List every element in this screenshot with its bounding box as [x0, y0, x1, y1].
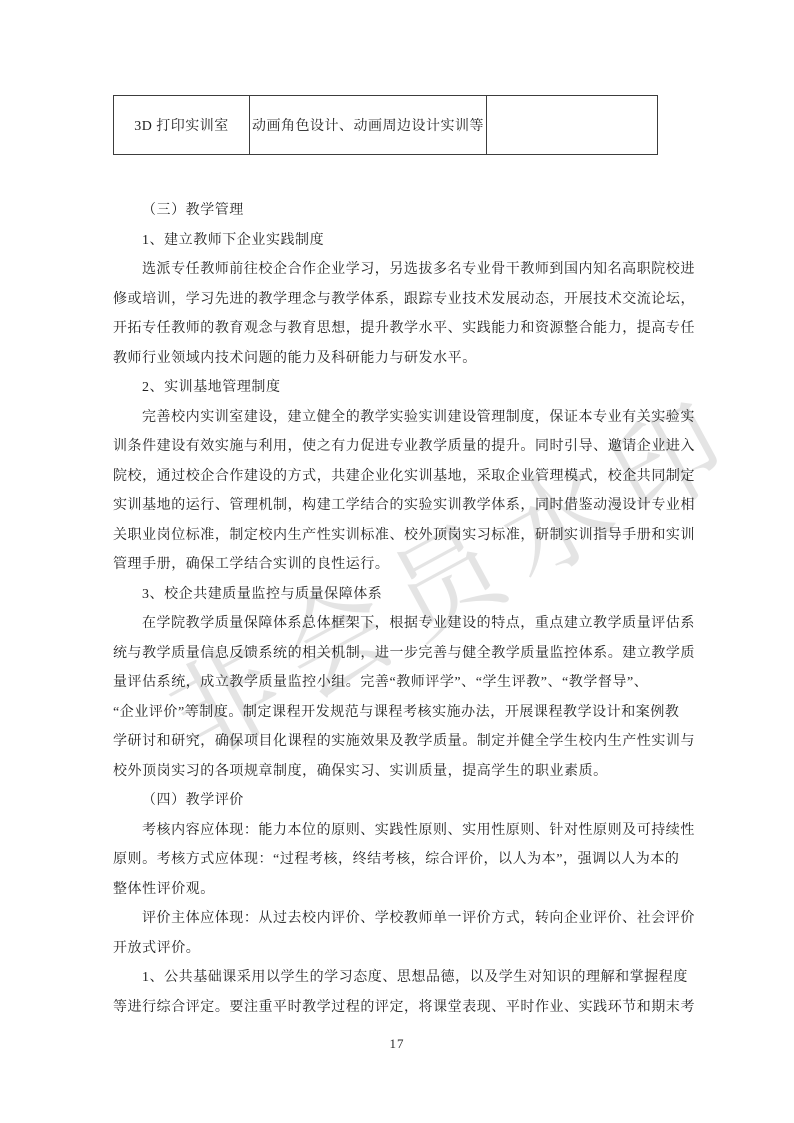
body-text-line: 原则。考核方式应体现：“过程考核，终结考核，综合评价，以人为本”，强调以人为本的 [113, 845, 679, 875]
body-text-line: 选派专任教师前往校企合作企业学习，另选拔多名专业骨干教师到国内知名高职院校进 [113, 255, 679, 285]
subsection-heading: 1、建立教师下企业实践制度 [113, 226, 679, 256]
body-text-line: 修或培训，学习先进的教学理念与教学体系，跟踪专业技术发展动态，开展技术交流论坛， [113, 285, 679, 315]
body-text-line: 在学院教学质量保障体系总体框架下，根据专业建设的特点，重点建立教学质量评估系 [113, 609, 679, 639]
body-text-line: 管理手册，确保工学结合实训的良性运行。 [113, 550, 679, 580]
body-text-line: 完善校内实训室建设，建立健全的教学实验实训建设管理制度，保证本专业有关实验实 [113, 403, 679, 433]
body-text-line: 开放式评价。 [113, 934, 679, 964]
body-text-line: 院校，通过校企合作建设的方式，共建企业化实训基地，采取企业管理模式，校企共同制定 [113, 462, 679, 492]
table-cell-empty [487, 96, 658, 155]
body-text-line: 教师行业领域内技术问题的能力及科研能力与研发水平。 [113, 344, 679, 374]
body-text-line: 评价主体应体现：从过去校内评价、学校教师单一评价方式，转向企业评价、社会评价 [113, 904, 679, 934]
subsection-heading: 2、实训基地管理制度 [113, 373, 679, 403]
body-text-line: “企业评价”等制度。制定课程开发规范与课程考核实施办法，开展课程教学设计和案例教 [113, 698, 679, 728]
section-heading: （三）教学管理 [113, 196, 679, 226]
table-cell-room-name: 3D 打印实训室 [114, 96, 250, 155]
body-text-line: 关职业岗位标准，制定校内生产性实训标准、校外顶岗实习标准，研制实训指导手册和实训 [113, 521, 679, 551]
table-row: 3D 打印实训室 动画角色设计、动画周边设计实训等 [114, 96, 658, 155]
body-text-line: 学研讨和研究，确保项目化课程的实施效果及教学质量。制定并健全学生校内生产性实训与 [113, 727, 679, 757]
body-text-line: 1、公共基础课采用以学生的学习态度、思想品德，以及学生对知识的理解和掌握程度 [113, 963, 679, 993]
body-text-line: 量评估系统，成立教学质量监控小组。完善“教师评学”、“学生评教”、“教学督导”、 [113, 668, 679, 698]
section-heading: （四）教学评价 [113, 786, 679, 816]
document-page: 非会员水印 3D 打印实训室 动画角色设计、动画周边设计实训等 （三）教学管理 … [0, 0, 794, 1123]
body-text-line: 训条件建设有效实施与利用，使之有力促进专业教学质量的提升。同时引导、邀请企业进入 [113, 432, 679, 462]
body-text-line: 等进行综合评定。要注重平时教学过程的评定，将课堂表现、平时作业、实践环节和期末考 [113, 993, 679, 1023]
body-text-line: 校外顶岗实习的各项规章制度，确保实习、实训质量，提高学生的职业素质。 [113, 757, 679, 787]
subsection-heading: 3、校企共建质量监控与质量保障体系 [113, 580, 679, 610]
body-text-line: 开拓专任教师的教育观念与教育思想，提升教学水平、实践能力和资源整合能力，提高专任 [113, 314, 679, 344]
body-text-block: （三）教学管理 1、建立教师下企业实践制度 选派专任教师前往校企合作企业学习，另… [113, 196, 679, 1022]
table-cell-room-content: 动画角色设计、动画周边设计实训等 [250, 96, 487, 155]
body-text-line: 统与教学质量信息反馈系统的相关机制，进一步完善与健全教学质量监控体系。建立教学质 [113, 639, 679, 669]
training-room-table: 3D 打印实训室 动画角色设计、动画周边设计实训等 [113, 95, 658, 155]
body-text-line: 实训基地的运行、管理机制，构建工学结合的实验实训教学体系，同时借鉴动漫设计专业相 [113, 491, 679, 521]
body-text-line: 整体性评价观。 [113, 875, 679, 905]
page-number: 17 [0, 1036, 794, 1052]
body-text-line: 考核内容应体现：能力本位的原则、实践性原则、实用性原则、针对性原则及可持续性 [113, 816, 679, 846]
